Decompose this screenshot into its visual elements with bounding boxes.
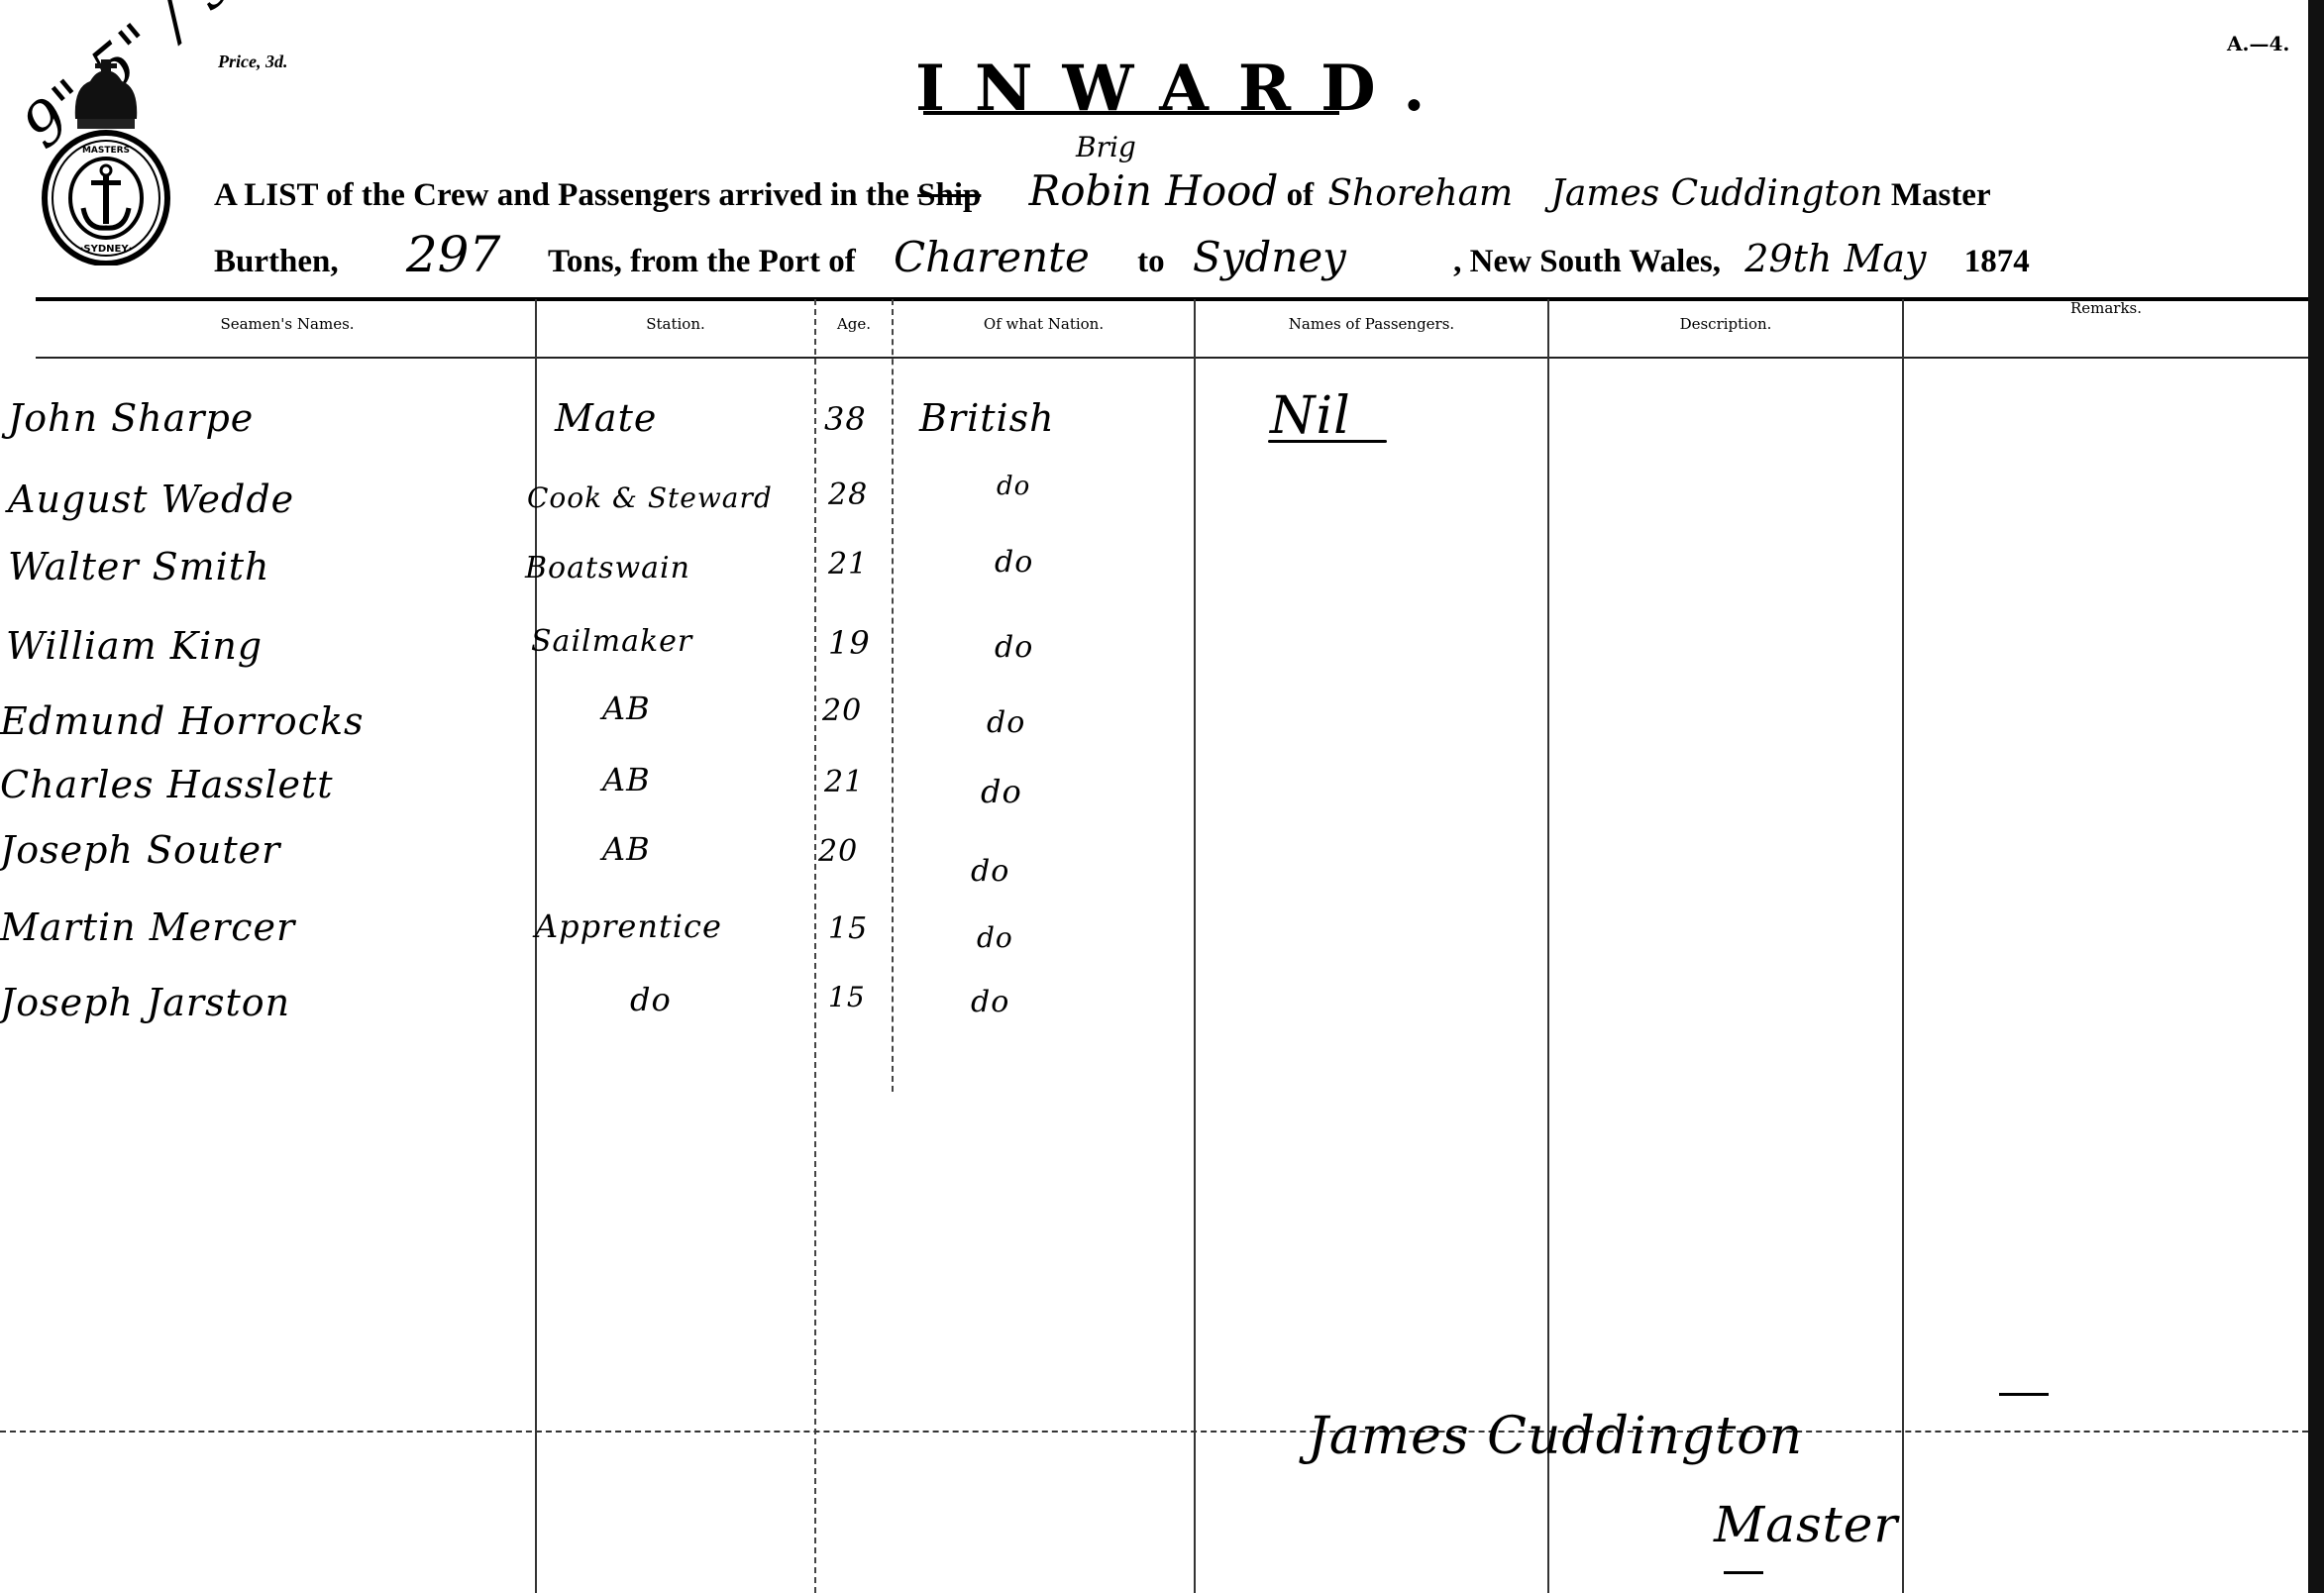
seaman-age: 21 <box>824 765 864 799</box>
seaman-age: 20 <box>818 834 858 869</box>
seaman-station: AB <box>602 761 651 798</box>
master-signature: James Cuddington <box>1308 1407 1803 1466</box>
seaman-name: Joseph Souter <box>0 828 280 872</box>
seaman-nation: do <box>971 985 1009 1019</box>
vessel-name: Robin Hood <box>1029 166 1279 215</box>
form-reference: A.—4. <box>2227 32 2289 55</box>
voyage-line: Burthen, 297 Tons, from the Port of Char… <box>214 226 2030 283</box>
seaman-station: Apprentice <box>535 907 722 945</box>
seaman-station: Cook & Steward <box>527 481 773 514</box>
column-divider <box>1902 299 1904 1593</box>
seaman-nation: do <box>971 854 1009 889</box>
seaman-nation: British <box>919 396 1055 440</box>
struck-word: Ship <box>917 177 981 213</box>
seaman-age: 19 <box>828 624 871 662</box>
seaman-nation: do <box>995 545 1033 580</box>
seaman-station: Sailmaker <box>531 624 692 659</box>
seaman-station: AB <box>602 690 651 727</box>
seaman-nation: do <box>987 705 1025 740</box>
header-remarks: Remarks. <box>1904 299 2308 317</box>
seaman-station: AB <box>602 830 651 868</box>
passengers-nil: Nil <box>1270 386 1351 446</box>
svg-text:MASTERS: MASTERS <box>82 146 130 156</box>
seaman-name: John Sharpe <box>8 396 254 440</box>
header-description: Description. <box>1549 315 1902 333</box>
to-port: Sydney <box>1193 233 1346 281</box>
seaman-age: 20 <box>822 693 862 728</box>
column-divider <box>1547 299 1549 1593</box>
svg-text:·SYDNEY·: ·SYDNEY· <box>80 244 133 255</box>
scan-edge <box>2308 0 2324 1593</box>
seaman-age: 15 <box>828 911 868 946</box>
seaman-age: 28 <box>828 478 868 512</box>
header-passenger-names: Names of Passengers. <box>1196 315 1547 333</box>
region-label: , New South Wales, <box>1453 244 1721 279</box>
total-dashed-line <box>0 1431 2308 1433</box>
vessel-line: A LIST of the Crew and Passengers arrive… <box>214 166 1991 215</box>
seaman-name: Charles Hasslett <box>0 763 334 806</box>
vessel-type: Brig <box>1076 131 1136 163</box>
seaman-station: Boatswain <box>525 551 690 585</box>
seaman-age: 21 <box>828 547 868 582</box>
seaman-name: Edmund Horrocks <box>0 699 364 743</box>
nil-underline <box>1268 440 1387 443</box>
seaman-nation: do <box>997 472 1030 501</box>
arrival-year: 1874 <box>1964 244 2030 279</box>
master-name: James Cuddington <box>1550 173 1882 214</box>
header-nation: Of what Nation. <box>894 315 1194 333</box>
master-label: Master <box>1891 177 1991 213</box>
ink-mark <box>1724 1571 1763 1574</box>
to-label: to <box>1137 244 1165 279</box>
header-station: Station. <box>537 315 814 333</box>
of-label: of <box>1287 177 1315 213</box>
seaman-name: Walter Smith <box>8 545 270 588</box>
home-port: Shoreham <box>1327 173 1513 214</box>
anchor-crown-seal-icon: ·SYDNEY· MASTERS <box>36 57 176 265</box>
arrival-date: 29th May <box>1744 237 1926 280</box>
seaman-nation: do <box>995 630 1033 665</box>
price-label: Price, 3d. <box>218 52 287 72</box>
seaman-name: August Wedde <box>8 478 294 521</box>
tons-label: Tons, from the Port of <box>548 244 856 279</box>
seaman-nation: do <box>981 773 1022 810</box>
burthen-label: Burthen, <box>214 244 339 279</box>
ink-mark <box>1999 1393 2049 1396</box>
seaman-age: 38 <box>824 400 867 438</box>
table-header-rule <box>36 357 2308 359</box>
signature-role: Master <box>1714 1496 1898 1553</box>
seaman-name: Joseph Jarston <box>0 981 290 1024</box>
seaman-age: 15 <box>828 981 866 1013</box>
column-divider <box>814 299 816 1593</box>
title-underline <box>923 111 1339 115</box>
burthen-value: 297 <box>406 226 500 283</box>
seaman-station: do <box>630 981 672 1018</box>
seaman-nation: do <box>977 921 1013 954</box>
list-prefix: A LIST of the Crew and Passengers arrive… <box>214 177 909 213</box>
seaman-name: William King <box>6 624 263 668</box>
seaman-station: Mate <box>555 396 657 440</box>
from-port: Charente <box>894 233 1090 281</box>
header-age: Age. <box>816 315 892 333</box>
seaman-name: Martin Mercer <box>0 905 295 949</box>
column-divider <box>892 299 894 1092</box>
column-divider <box>1194 299 1196 1593</box>
header-seamen-names: Seamen's Names. <box>40 315 535 333</box>
